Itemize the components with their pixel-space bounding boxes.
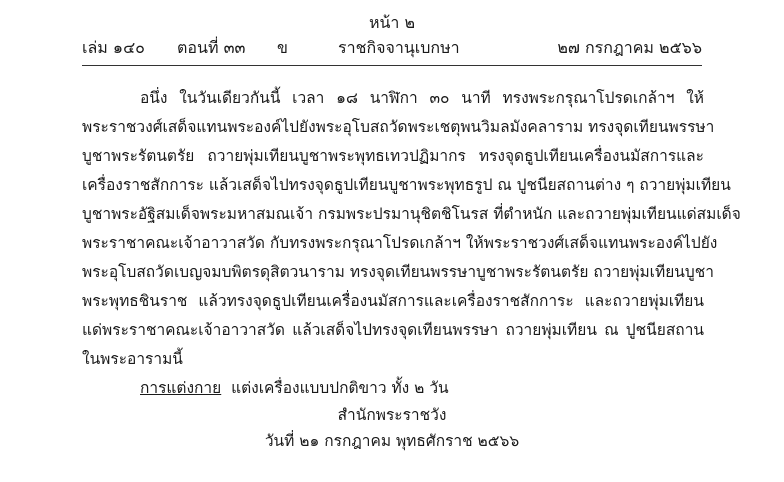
header-volume: เล่ม ๑๔๐ (82, 37, 145, 59)
body-line: แด่พระราชาคณะเจ้าอาวาสวัด แล้วเสด็จไปทรง… (82, 316, 704, 345)
attire-line: การแต่งกาย แต่งเครื่องแบบปกติขาว ทั้ง ๒ … (82, 374, 704, 403)
header-part: ข (277, 37, 288, 59)
body-line: พระราชวงศ์เสด็จแทนพระองค์ไปยังพระอุโบสถว… (82, 113, 704, 142)
body-line: เครื่องราชสักการะ แล้วเสด็จไปทรงจุดธูปเท… (82, 171, 704, 200)
body-line: พระราชาคณะเจ้าอาวาสวัด กับทรงพระกรุณาโปร… (82, 229, 704, 258)
body-line: พระอุโบสถวัดเบญจมบพิตรดุสิตวนาราม ทรงจุด… (82, 258, 704, 287)
body-line: บูชาพระรัตนตรัย ถวายพุ่มเทียนบูชาพระพุทธ… (82, 142, 704, 171)
attire-label: การแต่งกาย (140, 379, 221, 397)
header-publication: ราชกิจจานุเบกษา (338, 37, 460, 59)
announcement-body: อนึ่ง ในวันเดียวกันนี้ เวลา ๑๘ นาฬิกา ๓๐… (82, 84, 704, 403)
running-header: เล่ม ๑๔๐ ตอนที่ ๓๓ ข ราชกิจจานุเบกษา ๒๗ … (82, 37, 702, 61)
header-rule (82, 65, 702, 66)
page-number: หน้า ๒ (0, 13, 784, 33)
attire-text: แต่งเครื่องแบบปกติขาว ทั้ง ๒ วัน (231, 379, 449, 397)
header-section: ตอนที่ ๓๓ (177, 37, 245, 59)
body-line: พระพุทธชินราช แล้วทรงจุดธูปเทียนเครื่องน… (82, 287, 704, 316)
header-date: ๒๗ กรกฎาคม ๒๕๖๖ (557, 37, 702, 59)
signature-date: วันที่ ๒๑ กรกฎาคม พุทธศักราช ๒๕๖๖ (0, 428, 784, 454)
signature-office: สำนักพระราชวัง (0, 402, 784, 428)
body-line: บูชาพระอัฐิสมเด็จพระมหาสมณเจ้า กรมพระปรม… (82, 200, 704, 229)
body-line: ในพระอารามนี้ (82, 345, 704, 374)
body-line: อนึ่ง ในวันเดียวกันนี้ เวลา ๑๘ นาฬิกา ๓๐… (82, 84, 704, 113)
